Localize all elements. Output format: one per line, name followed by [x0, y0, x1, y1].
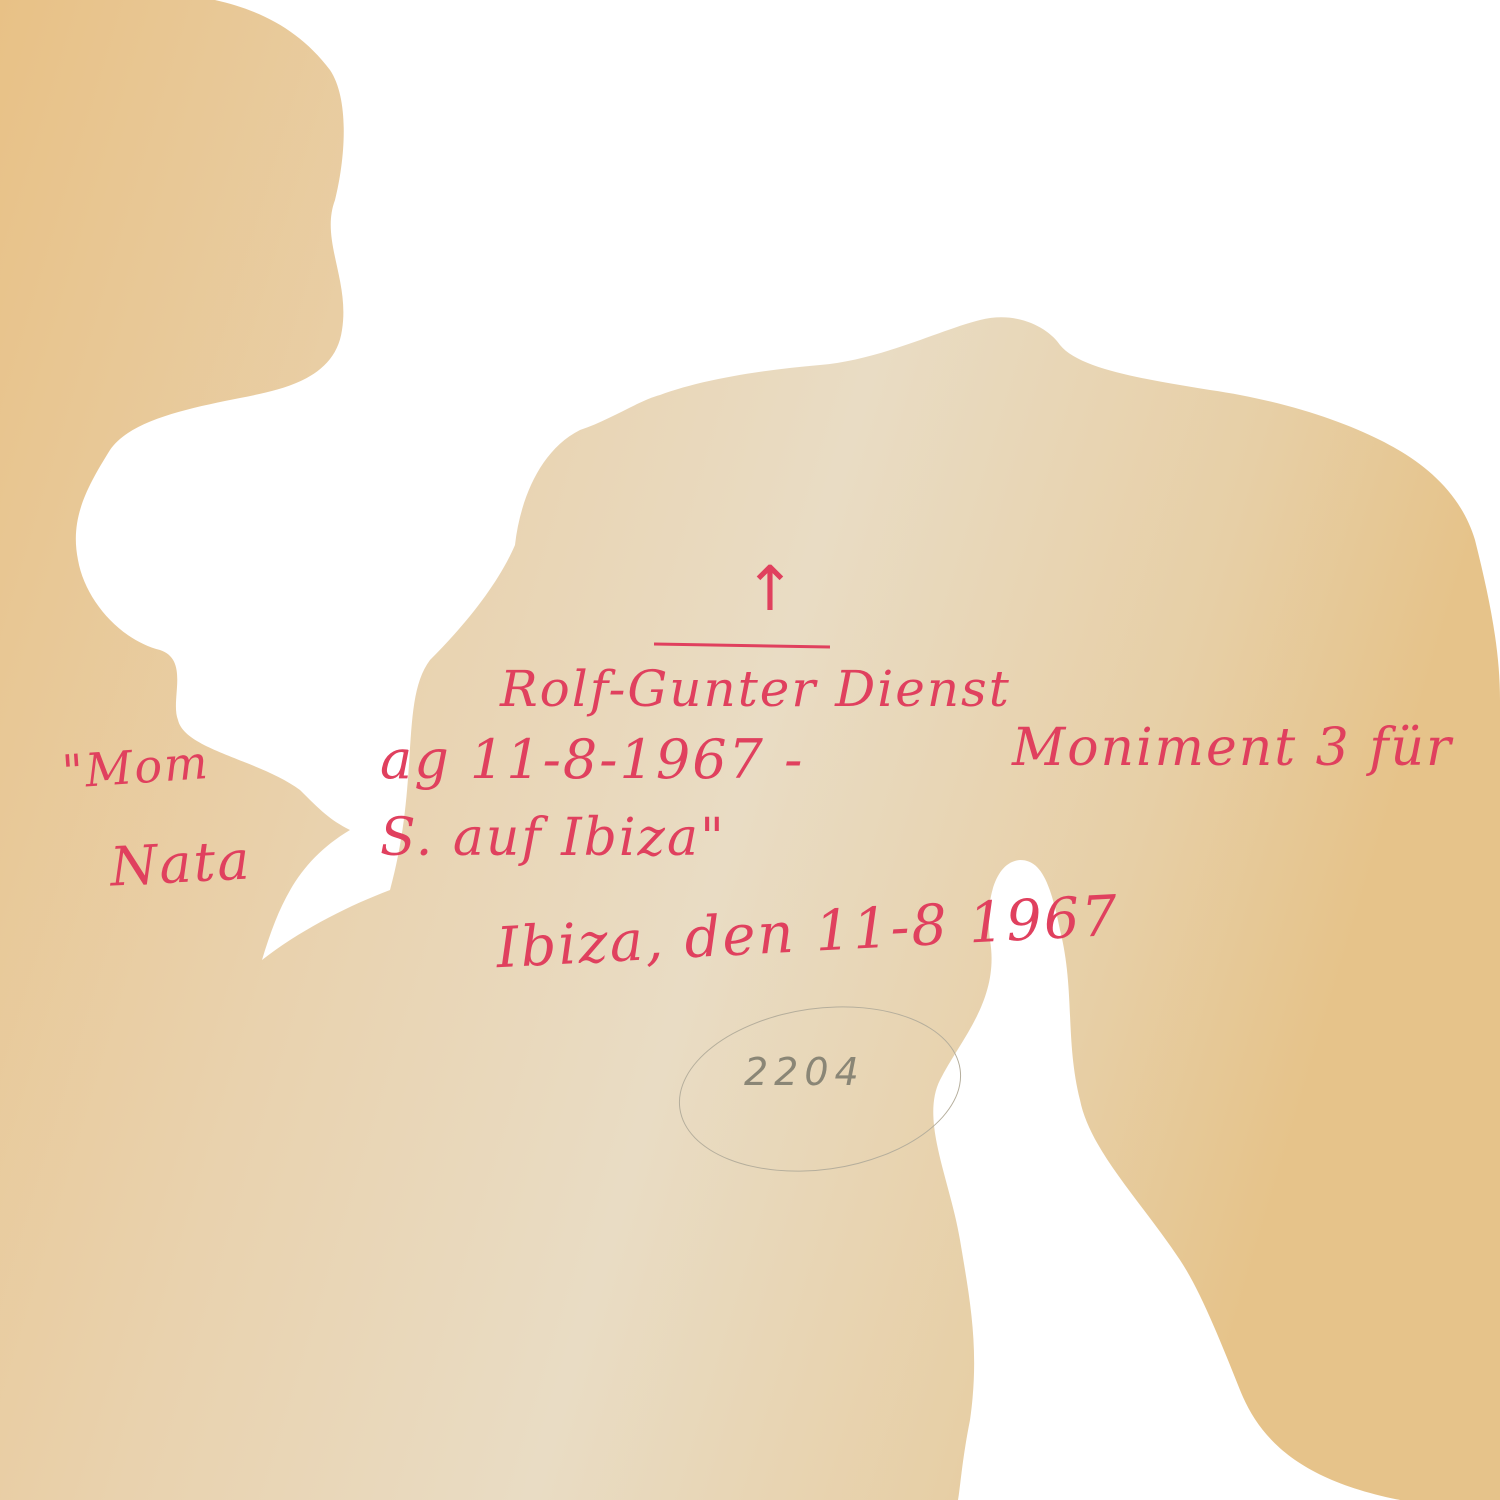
title-line-end: Moniment 3 für	[1012, 718, 1453, 778]
title-line-start: "Mom	[60, 735, 211, 799]
subject-line-start: Nata	[108, 828, 252, 898]
artist-name: Rolf-Gunter Dienst	[500, 660, 1011, 718]
inventory-number: 2204	[744, 1050, 865, 1094]
title-line-mid: ag 11-8-1967 -	[380, 728, 804, 791]
subject-line-end: S. auf Ibiza"	[380, 808, 726, 868]
orientation-arrow: ↑	[744, 552, 798, 625]
